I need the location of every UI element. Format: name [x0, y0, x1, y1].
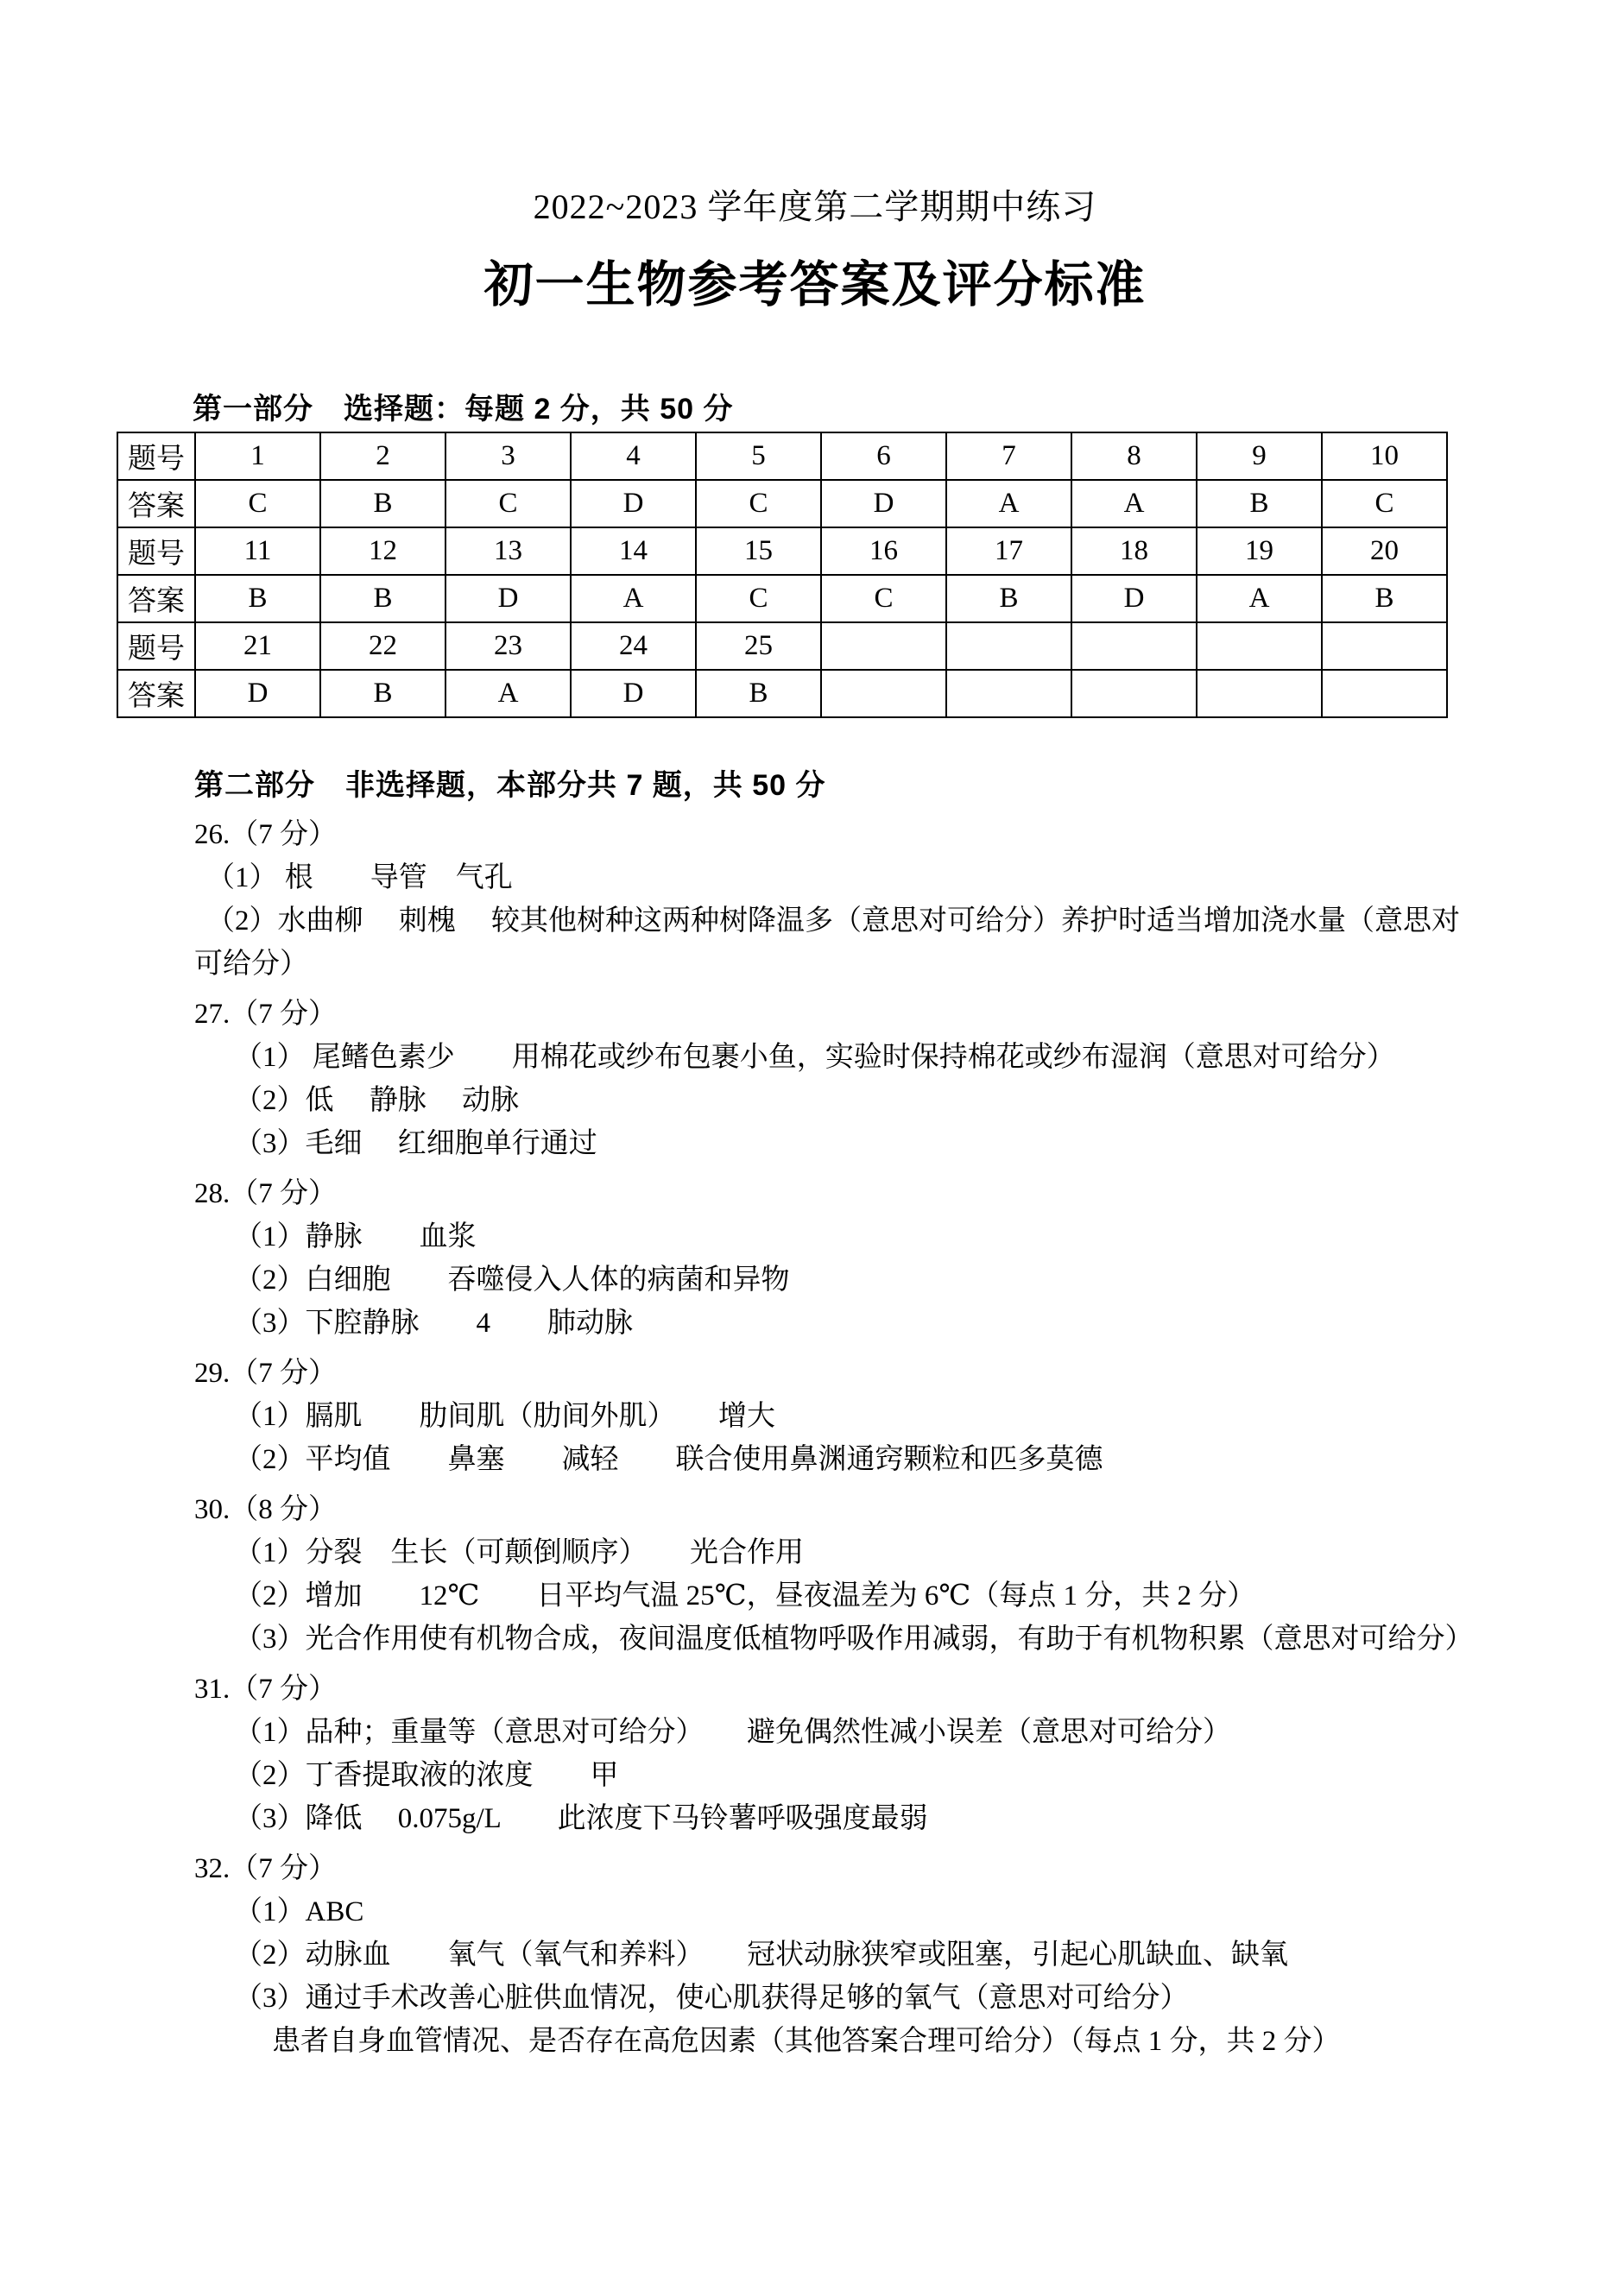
question-number-cell: 3	[445, 432, 571, 480]
answer-line: （3）通过手术改善心脏供血情况，使心肌获得足够的氧气（意思对可给分）	[194, 1977, 1513, 2020]
answer-line: （1）品种；重量等（意思对可给分） 避免偶然性减小误差（意思对可给分）	[194, 1711, 1513, 1754]
answer-cell: B	[195, 575, 320, 622]
question-number-cell: 18	[1071, 527, 1197, 575]
answer-line: （3）降低 0.075g/L 此浓度下马铃薯呼吸强度最弱	[194, 1797, 1513, 1840]
answer-line: （2）动脉血 氧气（氧气和养料） 冠状动脉狭窄或阻塞，引起心肌缺血、缺氧	[194, 1933, 1513, 1977]
question-number-cell: 23	[445, 622, 571, 670]
answer-cell	[1197, 670, 1322, 717]
answer-cell: A	[445, 670, 571, 717]
question-32: 32.（7 分） （1）ABC （2）动脉血 氧气（氧气和养料） 冠状动脉狭窄或…	[194, 1847, 1513, 2063]
question-number-cell: 13	[445, 527, 571, 575]
answer-line: （1） 根 导管 气孔	[194, 856, 1513, 899]
row-label: 答案	[117, 670, 195, 717]
question-header: 26.（7 分）	[194, 813, 1513, 856]
question-number-cell	[946, 622, 1071, 670]
answer-cell: D	[571, 670, 696, 717]
table-row: 答案 D B A D B	[117, 670, 1447, 717]
answer-cell: B	[320, 480, 445, 527]
question-number-cell: 11	[195, 527, 320, 575]
answer-table: 题号 1 2 3 4 5 6 7 8 9 10 答案 C B C D C D A	[117, 432, 1448, 718]
answer-cell: C	[696, 480, 821, 527]
answer-cell: D	[821, 480, 946, 527]
answer-cell: B	[946, 575, 1071, 622]
question-number-cell: 2	[320, 432, 445, 480]
answer-cell: B	[320, 670, 445, 717]
page-title: 2022~2023 学年度第二学期期中练习	[117, 183, 1513, 231]
table-row: 题号 1 2 3 4 5 6 7 8 9 10	[117, 432, 1447, 480]
answer-cell: B	[320, 575, 445, 622]
answer-line: （1）分裂 生长（可颠倒顺序） 光合作用	[194, 1531, 1513, 1574]
question-29: 29.（7 分） （1）膈肌 肋间肌（肋间外肌） 增大 （2）平均值 鼻塞 减轻…	[194, 1352, 1513, 1481]
answer-line: （2）平均值 鼻塞 减轻 联合使用鼻渊通窍颗粒和匹多莫德	[194, 1438, 1513, 1481]
answer-line: （3）下腔静脉 4 肺动脉	[194, 1302, 1513, 1345]
question-28: 28.（7 分） （1）静脉 血浆 （2）白细胞 吞噬侵入人体的病菌和异物 （3…	[194, 1172, 1513, 1345]
answer-cell: B	[1322, 575, 1447, 622]
answer-cell: C	[696, 575, 821, 622]
answer-line: （2）增加 12℃ 日平均气温 25℃，昼夜温差为 6℃（每点 1 分，共 2 …	[194, 1574, 1513, 1618]
question-number-cell: 8	[1071, 432, 1197, 480]
page-subtitle: 初一生物参考答案及评分标准	[117, 254, 1513, 316]
answer-cell: A	[1071, 480, 1197, 527]
question-header: 31.（7 分）	[194, 1668, 1513, 1711]
answer-cell: B	[1197, 480, 1322, 527]
question-number-cell: 20	[1322, 527, 1447, 575]
row-label: 答案	[117, 575, 195, 622]
question-header: 28.（7 分）	[194, 1172, 1513, 1215]
table-row: 题号 21 22 23 24 25	[117, 622, 1447, 670]
question-number-cell: 4	[571, 432, 696, 480]
answer-cell	[1322, 670, 1447, 717]
question-header: 32.（7 分）	[194, 1847, 1513, 1890]
answer-line: （3）毛细 红细胞单行通过	[194, 1122, 1513, 1165]
answer-cell: C	[1322, 480, 1447, 527]
question-number-cell	[821, 622, 946, 670]
question-number-cell: 14	[571, 527, 696, 575]
answer-line: （2）白细胞 吞噬侵入人体的病菌和异物	[194, 1258, 1513, 1302]
section1-heading: 第一部分 选择题：每题 2 分，共 50 分	[193, 390, 1513, 428]
answer-cell	[946, 670, 1071, 717]
question-31: 31.（7 分） （1）品种；重量等（意思对可给分） 避免偶然性减小误差（意思对…	[194, 1668, 1513, 1840]
answer-line: （1） 尾鳍色素少 用棉花或纱布包裹小鱼，实验时保持棉花或纱布湿润（意思对可给分…	[194, 1036, 1513, 1079]
question-number-cell: 6	[821, 432, 946, 480]
answer-line: （1）静脉 血浆	[194, 1215, 1513, 1258]
answer-cell	[1071, 670, 1197, 717]
question-number-cell: 17	[946, 527, 1071, 575]
row-label: 题号	[117, 527, 195, 575]
questions-list: 26.（7 分） （1） 根 导管 气孔 （2）水曲柳 刺槐 较其他树种这两种树…	[194, 813, 1513, 2063]
answer-line: 患者自身血管情况、是否存在高危因素（其他答案合理可给分）（每点 1 分，共 2 …	[194, 2020, 1513, 2063]
question-number-cell: 19	[1197, 527, 1322, 575]
answer-cell: D	[1071, 575, 1197, 622]
question-number-cell: 10	[1322, 432, 1447, 480]
answer-cell: A	[1197, 575, 1322, 622]
answer-cell: C	[195, 480, 320, 527]
question-26: 26.（7 分） （1） 根 导管 气孔 （2）水曲柳 刺槐 较其他树种这两种树…	[194, 813, 1513, 986]
answer-line: （3）光合作用使有机物合成，夜间温度低植物呼吸作用减弱，有助于有机物积累（意思对…	[194, 1618, 1513, 1661]
question-number-cell: 15	[696, 527, 821, 575]
question-number-cell: 12	[320, 527, 445, 575]
question-number-cell: 21	[195, 622, 320, 670]
answer-line: 可给分）	[194, 943, 1513, 986]
question-number-cell: 22	[320, 622, 445, 670]
question-30: 30.（8 分） （1）分裂 生长（可颠倒顺序） 光合作用 （2）增加 12℃ …	[194, 1488, 1513, 1661]
question-number-cell: 24	[571, 622, 696, 670]
question-header: 27.（7 分）	[194, 993, 1513, 1036]
question-header: 29.（7 分）	[194, 1352, 1513, 1395]
question-number-cell: 5	[696, 432, 821, 480]
question-number-cell: 16	[821, 527, 946, 575]
question-number-cell: 1	[195, 432, 320, 480]
answer-line: （1）膈肌 肋间肌（肋间外肌） 增大	[194, 1395, 1513, 1438]
table-row: 答案 B B D A C C B D A B	[117, 575, 1447, 622]
answer-cell: D	[195, 670, 320, 717]
answer-cell: D	[571, 480, 696, 527]
question-number-cell: 7	[946, 432, 1071, 480]
question-number-cell: 9	[1197, 432, 1322, 480]
answer-line: （1）ABC	[194, 1890, 1513, 1933]
page: 2022~2023 学年度第二学期期中练习 初一生物参考答案及评分标准 第一部分…	[0, 0, 1624, 2063]
answer-cell: D	[445, 575, 571, 622]
row-label: 题号	[117, 432, 195, 480]
question-number-cell	[1071, 622, 1197, 670]
answer-line: （2）低 静脉 动脉	[194, 1079, 1513, 1122]
answer-cell: A	[946, 480, 1071, 527]
row-label: 题号	[117, 622, 195, 670]
table-row: 题号 11 12 13 14 15 16 17 18 19 20	[117, 527, 1447, 575]
question-header: 30.（8 分）	[194, 1488, 1513, 1531]
row-label: 答案	[117, 480, 195, 527]
answer-line: （2）水曲柳 刺槐 较其他树种这两种树降温多（意思对可给分）养护时适当增加浇水量…	[194, 899, 1513, 943]
question-number-cell: 25	[696, 622, 821, 670]
question-number-cell	[1322, 622, 1447, 670]
answer-cell: C	[821, 575, 946, 622]
section2-heading: 第二部分 非选择题，本部分共 7 题，共 50 分	[194, 766, 1513, 804]
table-row: 答案 C B C D C D A A B C	[117, 480, 1447, 527]
question-27: 27.（7 分） （1） 尾鳍色素少 用棉花或纱布包裹小鱼，实验时保持棉花或纱布…	[194, 993, 1513, 1165]
answer-cell: B	[696, 670, 821, 717]
answer-cell: A	[571, 575, 696, 622]
answer-line: （2）丁香提取液的浓度 甲	[194, 1754, 1513, 1797]
answer-cell: C	[445, 480, 571, 527]
question-number-cell	[1197, 622, 1322, 670]
answer-cell	[821, 670, 946, 717]
